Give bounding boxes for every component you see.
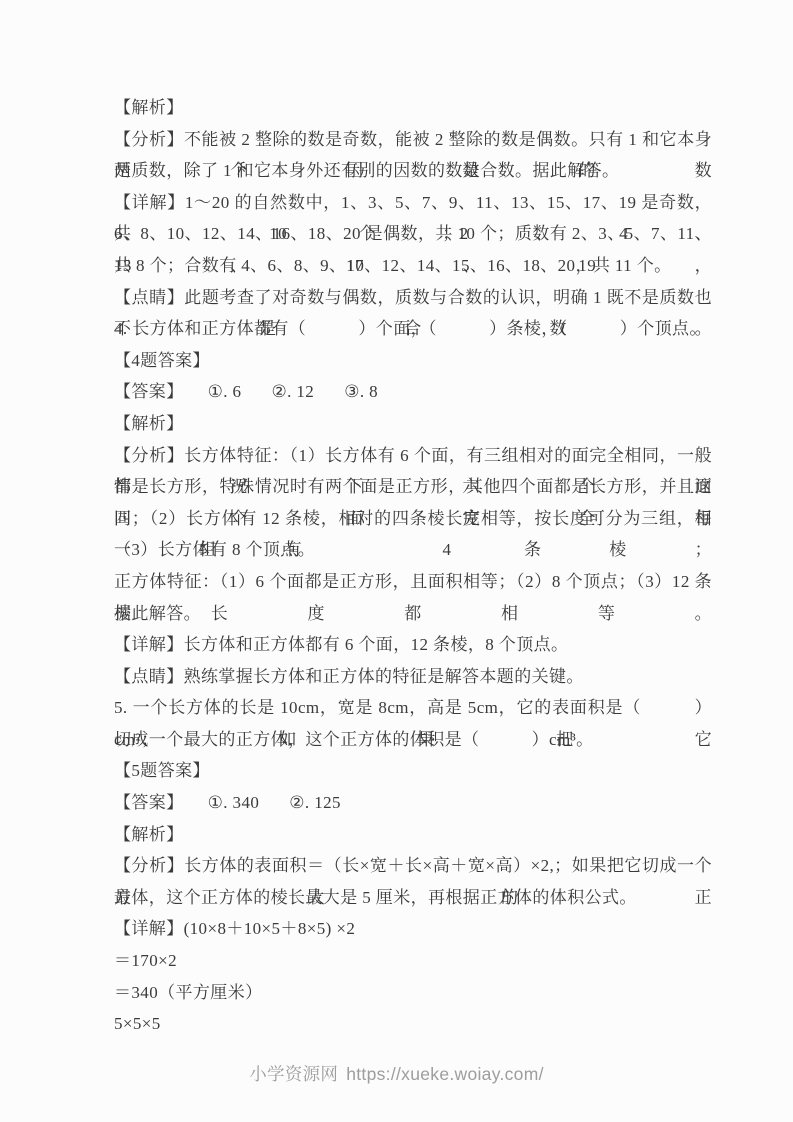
answer-item: ①. 6 bbox=[208, 382, 242, 401]
answer-item: ②. 125 bbox=[289, 793, 341, 812]
document-body: 【解析】【分析】不能被 2 整除的数是奇数，能被 2 整除的数是偶数。只有 1 … bbox=[114, 92, 712, 1040]
answer-line: 【答案】①. 340②. 125 bbox=[114, 787, 712, 819]
math-line: ＝340（平方厘米） bbox=[114, 977, 712, 1009]
text-line: 共 8 个；合数有 4、6、8、9、10、12、14、15、16、18、20，共… bbox=[114, 250, 712, 282]
text-line: 同；（2）长方体有 12 条棱，相对的四条棱长度相等，按长度可分为三组，每一组有… bbox=[114, 503, 712, 535]
answer-section-header: 【4题答案】 bbox=[114, 345, 712, 377]
section-tag-line: 【解析】 bbox=[114, 92, 712, 124]
section-tag-line: 【解析】 bbox=[114, 819, 712, 851]
footer-site-name: 小学资源网 bbox=[249, 1064, 338, 1084]
text-line: 都是长方形，特殊情况时有两个面是正方形，其他四个面都是长方形，并且这四个面完全相 bbox=[114, 471, 712, 503]
text-line: 6、8、10、12、14、16、18、20 是偶数，共 10 个；质数有 2、3… bbox=[114, 218, 712, 250]
answer-item: ②. 12 bbox=[271, 382, 314, 401]
math-line: 【详解】(10×8＋10×5＋8×5) ×2 bbox=[114, 913, 712, 945]
text-line: 【分析】长方体的表面积＝（长×宽＋长×高＋宽×高）×2,；如果把它切成一个最大的… bbox=[114, 850, 712, 882]
answer-line: 【答案】①. 6②. 12③. 8 bbox=[114, 376, 712, 408]
text-line: 【详解】长方体和正方体都有 6 个面，12 条棱，8 个顶点。 bbox=[114, 629, 712, 661]
math-line: ＝170×2 bbox=[114, 945, 712, 977]
text-line: 【详解】1～20 的自然数中，1、3、5、7、9、11、13、15、17、19 … bbox=[114, 187, 712, 219]
answer-item: ①. 340 bbox=[208, 793, 260, 812]
text-line: 正方体特征：（1）6 个面都是正方形，且面积相等；（2）8 个顶点；（3）12 … bbox=[114, 566, 712, 598]
answer-section-header: 【5题答案】 bbox=[114, 755, 712, 787]
footer-credit: 小学资源网https://xueke.woiay.com/ bbox=[0, 1062, 793, 1086]
answer-label: 【答案】 bbox=[114, 382, 184, 401]
text-line: 方体，这个正方体的棱长最大是 5 厘米，再根据正方体的体积公式。 bbox=[114, 882, 712, 914]
math-line: 5×5×5 bbox=[114, 1008, 712, 1040]
question-line: 4. 长方体和正方体都有（ ）个面，（ ）条棱，（ ）个顶点。 bbox=[114, 313, 712, 345]
footer-url: https://xueke.woiay.com/ bbox=[346, 1064, 544, 1084]
answer-label: 【答案】 bbox=[114, 793, 184, 812]
answer-item: ③. 8 bbox=[344, 382, 378, 401]
text-line: 【点睛】此题考查了对奇数与偶数，质数与合数的认识，明确 1 既不是质数也不是合数… bbox=[114, 282, 712, 314]
text-line: 【分析】长方体特征：（1）长方体有 6 个面，有三组相对的面完全相同，一般情况下… bbox=[114, 440, 712, 472]
document-page: 【解析】【分析】不能被 2 整除的数是奇数，能被 2 整除的数是偶数。只有 1 … bbox=[0, 0, 793, 1122]
section-tag-line: 【解析】 bbox=[114, 408, 712, 440]
text-line: 【点睛】熟练掌握长方体和正方体的特征是解答本题的关键。 bbox=[114, 661, 712, 693]
text-line: 【分析】不能被 2 整除的数是奇数，能被 2 整除的数是偶数。只有 1 和它本身… bbox=[114, 124, 712, 156]
question-line: 5. 一个长方体的长是 10cm，宽是 8cm，高是 5cm，它的表面积是（ ）… bbox=[114, 692, 712, 724]
